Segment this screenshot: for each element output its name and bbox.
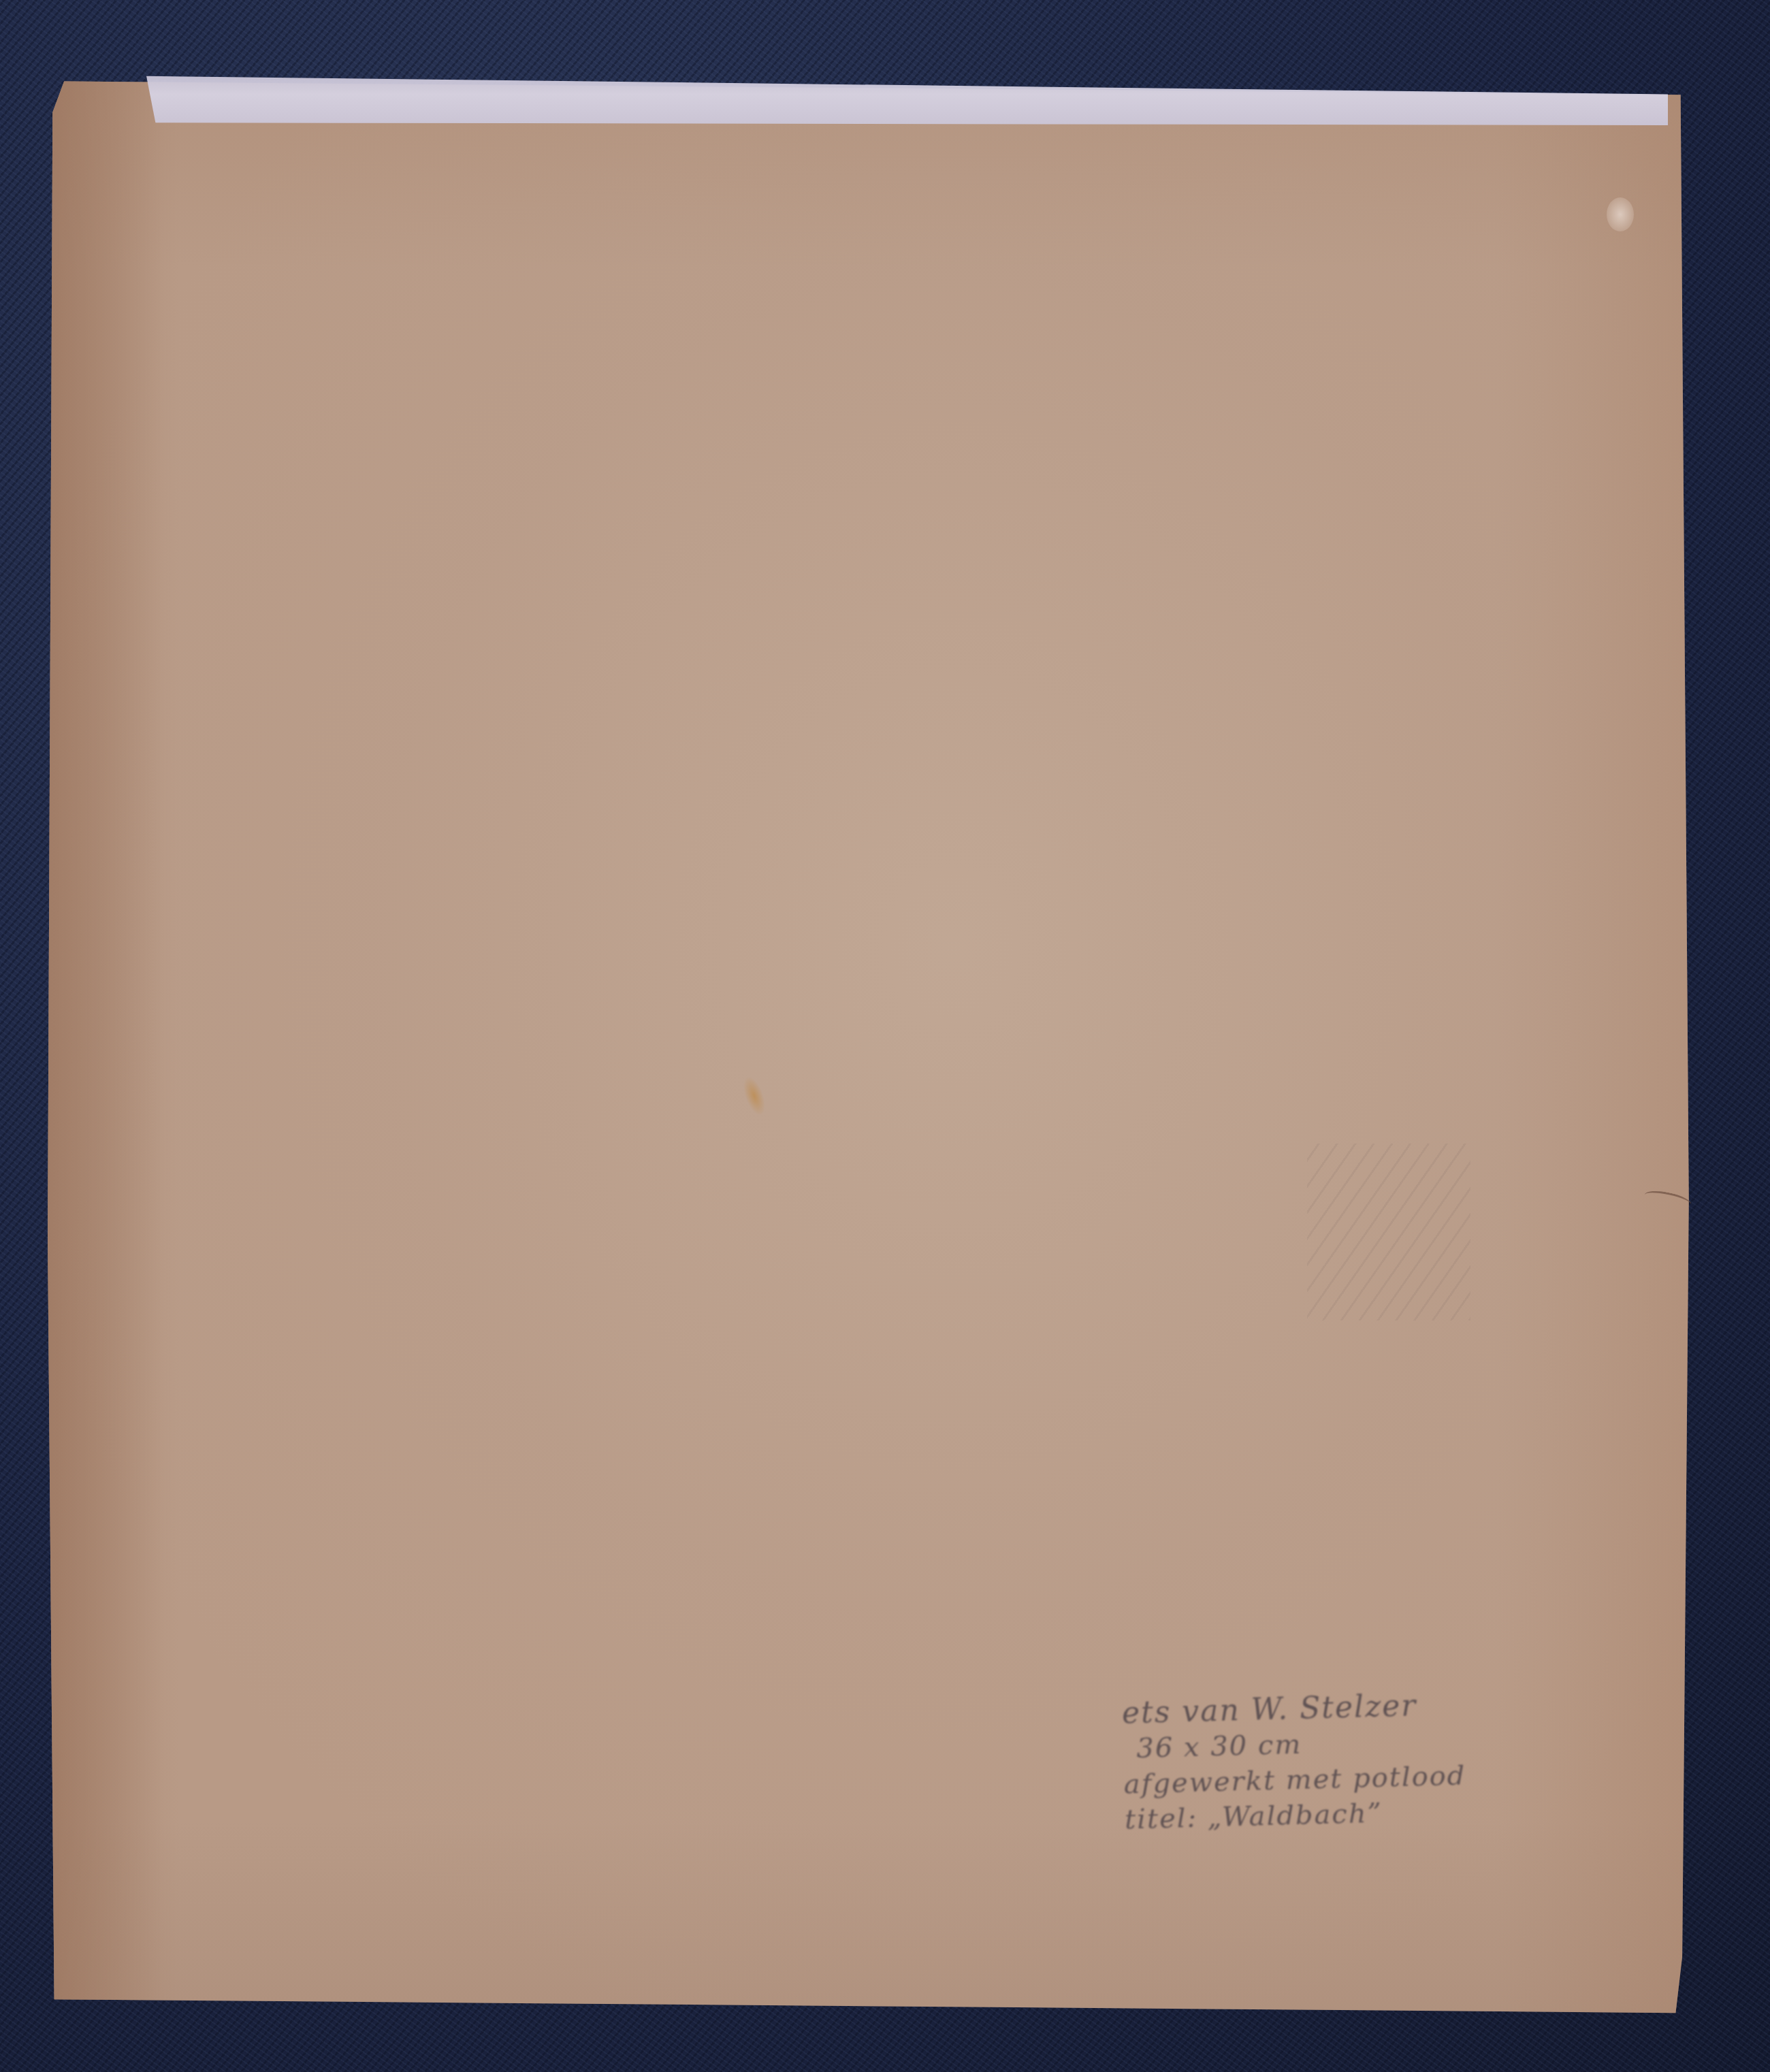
pencil-inscription: ets van W. Stelzer 36 x 30 cm afgewerkt … [1121, 1687, 1467, 1837]
tape-strip [146, 74, 1668, 125]
pale-spot [1607, 197, 1634, 231]
sheet-left-band [48, 74, 163, 2015]
indented-marks [1307, 1144, 1470, 1321]
